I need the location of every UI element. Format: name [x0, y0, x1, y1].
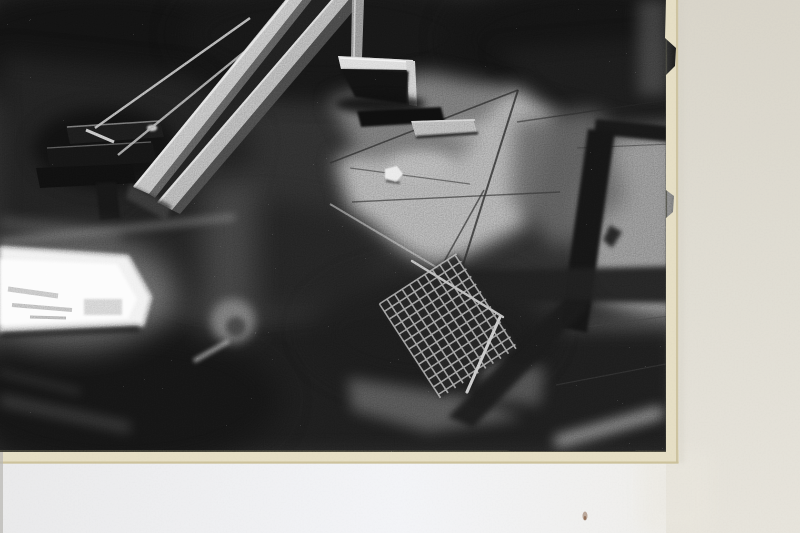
photo-scene-svg: [0, 0, 800, 533]
dust-specks: [0, 0, 680, 452]
photograph: [0, 0, 730, 470]
framed-photograph: [0, 0, 800, 533]
